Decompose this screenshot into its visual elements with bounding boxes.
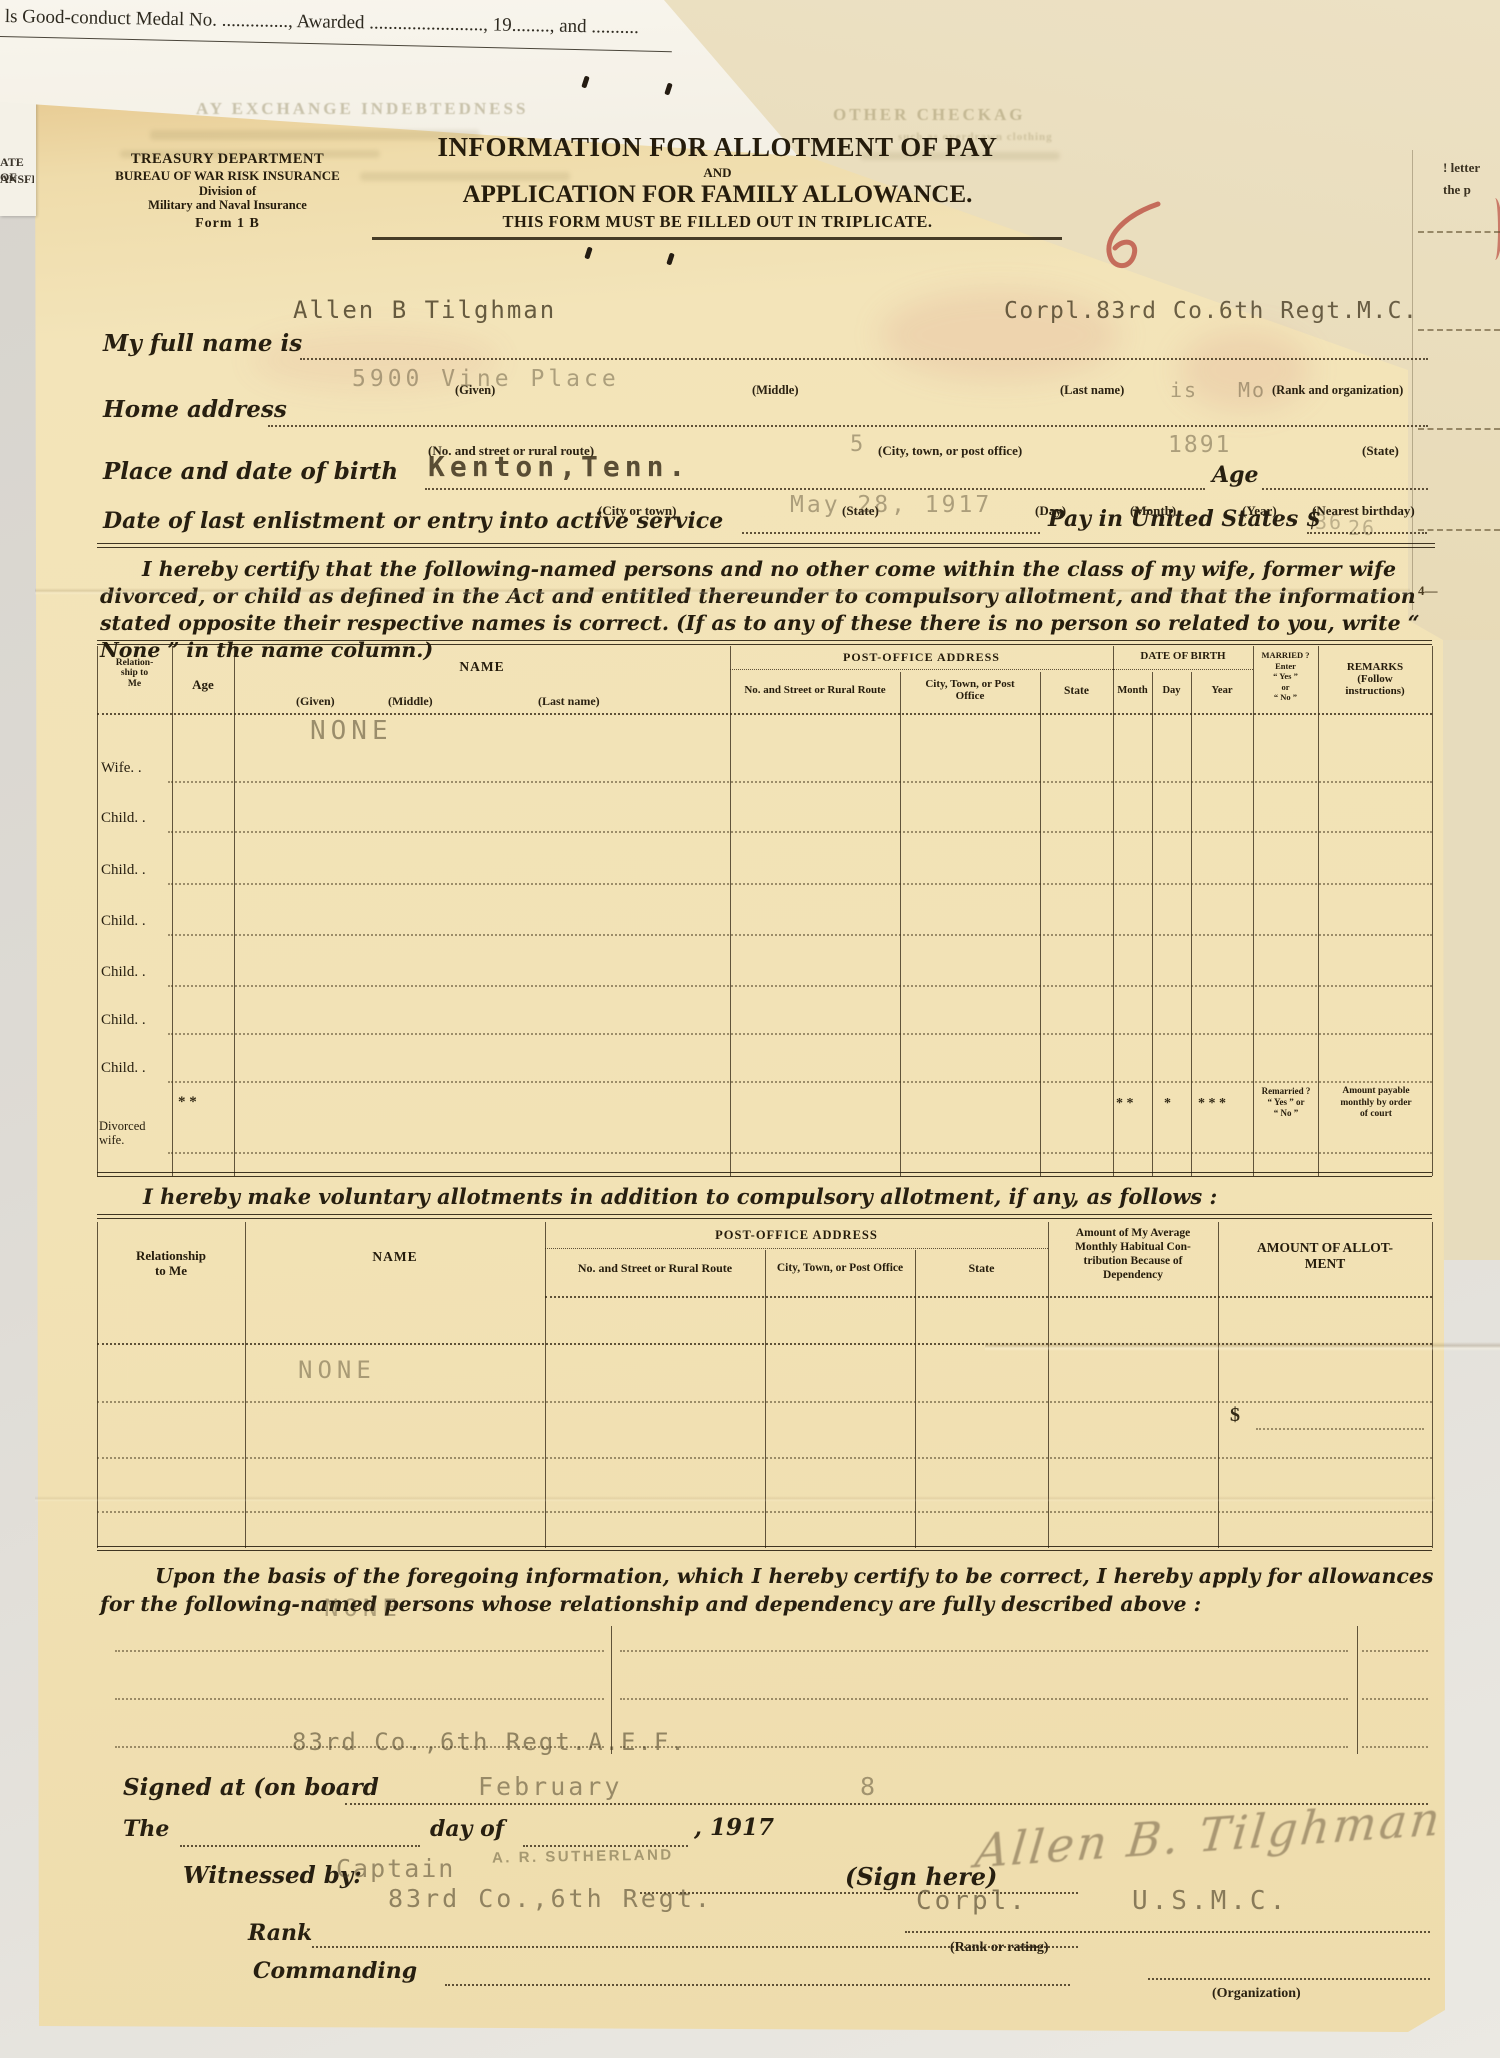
table1-col-state: State [1042,685,1111,697]
form-title-2: APPLICATION FOR FAMILY ALLOWANCE. [370,181,1065,208]
table2-row-line [97,1457,1432,1459]
table2-col-amount: AMOUNT OF ALLOT- MENT [1220,1240,1430,1272]
birth-label: Place and date of birth [103,458,398,485]
bleed-ghost-left: AY EXCHANGE INDEBTEDNESS [196,99,528,119]
apply-name-line [620,1746,1348,1748]
typed-full-name: Allen B Tilghman [293,296,556,324]
ghost-day-8: 8 [860,1772,877,1801]
table2-dollar-line [1256,1428,1424,1430]
table2-col-name: NAME [247,1250,543,1265]
year-1917-label: , 1917 [694,1814,774,1841]
ghost-birthdate: May 28, 1917 [790,492,992,518]
agency-line-3: Division of [105,185,350,199]
red-edge-stroke [1488,198,1500,260]
full-name-label: My full name is [103,330,302,357]
right-edge-dash [1418,428,1500,430]
ghost-age: 26 [1348,516,1376,540]
form-subtitle: THIS FORM MUST BE FILLED OUT IN TRIPLICA… [370,213,1065,231]
table1-amount-payable-header: Amount payable monthly by order of court [1322,1086,1430,1121]
table2-col-relationship: Relationship to Me [99,1248,243,1278]
caption-given: (Given) [455,383,495,398]
table1-row-label: Child. . [101,1012,146,1029]
enlistment-label: Date of last enlistment or entry into ac… [103,508,723,534]
table1-col-po-address: POST-OFFICE ADDRESS [730,651,1113,664]
rank-label: Rank [248,1920,312,1946]
birth-line [425,488,1205,490]
commanding-label: Commanding [253,1958,417,1984]
right-edge-dash [1418,329,1500,331]
agency-line-5: Form 1 B [105,216,350,231]
table1-asterisks-day: * [1164,1096,1171,1112]
caption-middle: (Middle) [752,383,799,398]
ghost-february: February [478,1772,622,1801]
table1-col-relationship: Relation- ship to Me [99,658,170,689]
right-edge-dash [1418,231,1500,233]
apply-name-line [115,1698,604,1700]
apply-name-line [1362,1746,1428,1748]
table1-row-line [168,883,1432,885]
age-label: Age [1212,462,1258,488]
table2-row-line [97,1401,1432,1403]
ghost-pay: 36 [1315,510,1343,534]
table1-row-line [168,985,1432,987]
fold-crease [985,1342,1500,1351]
table1-divider [1152,672,1153,1176]
right-edge-rule [1412,150,1413,610]
table2-col-street: No. and Street or Rural Route [548,1262,762,1275]
table1-col-day: Day [1152,685,1191,696]
table1-row-line [168,1081,1432,1083]
table1-col-month: Month [1113,685,1152,696]
caption-last-name: (Last name) [1060,383,1124,398]
table1-caption-middle: (Middle) [388,694,433,709]
table2-col-po-address: POST-OFFICE ADDRESS [545,1229,1048,1243]
table2-dollar-sign: $ [1230,1404,1240,1427]
table1-divider [1113,646,1114,1176]
home-address-line [268,425,1428,427]
table1-divider [900,672,901,1176]
table1-row-line [168,781,1432,783]
apply-name-line [1362,1698,1428,1700]
ghost-unit-aef: 83rd Co.,6th Regt.A.E.F. [292,1728,687,1756]
ghost-year-1891: 1891 [1168,432,1231,458]
bleed-ghost-right: OTHER CHECKAG [833,105,1026,125]
table1-divider [1191,672,1192,1176]
ghost-mo: Mo [1238,378,1266,402]
signed-at-label: Signed at (on board [123,1774,379,1801]
form-title-and: AND [370,166,1065,180]
fold-crease [35,1496,1435,1502]
typed-birthplace: Kenton,Tenn. [428,450,690,483]
table1-row-label: Child. . [101,1060,146,1077]
table1-row-label: Wife. . [101,760,142,777]
witness-stamp: A. R. SUTHERLAND [492,1846,674,1866]
right-edge-fragment-1: ! letter [1443,160,1480,176]
ghost-signer-org: U.S.M.C. [1132,1886,1289,1916]
table1-row-label: Child. . [101,964,146,981]
caption-city-town: (City, town, or post office) [878,443,1022,459]
table1-asterisks-age: * * [178,1094,197,1111]
table2-po-underline [545,1248,1048,1249]
table2-col-contribution: Amount of My Average Monthly Habitual Co… [1050,1226,1216,1282]
pay-label: Pay in United States $ [1048,506,1321,532]
table1-col-age: Age [174,678,232,692]
caption-organization: (Organization) [1212,1986,1301,2002]
voluntary-heading: I hereby make voluntary allotments in ad… [143,1184,1217,1209]
table1-asterisks-year: * * * [1198,1096,1226,1112]
table1-border-left [97,646,98,1176]
ghost-witness-unit: 83rd Co.,6th Regt. [388,1884,713,1913]
table1-row-line [168,1152,1432,1154]
agency-line-1: TREASURY DEPARTMENT [105,152,350,168]
commanding-line [445,1984,1070,1986]
table2-entry-none: NONE [298,1356,376,1384]
ghost-is: is [1170,378,1198,402]
right-edge-fragment-2: the p [1443,182,1471,198]
table1-col-city: City, Town, or Post Office [902,679,1038,703]
table1-row-label: Child. . [101,810,146,827]
apply-name-line [620,1650,1348,1652]
certification-text: I hereby certify that the following-name… [100,556,1438,664]
full-name-line [300,358,1428,360]
table1-divorced-label: Divorced wife. [99,1120,169,1147]
ghost-signer-rank: Corpl. [916,1886,1028,1916]
caption-rank-org: (Rank and organization) [1272,383,1403,398]
table1-divider [172,646,173,1176]
agency-line-2: BUREAU OF WAR RISK INSURANCE [97,169,358,183]
ghost-captain: Captain [336,1854,455,1883]
table1-divider [234,646,235,1176]
right-edge-dash [1418,529,1500,531]
table2-bottom-rule [97,1546,1432,1551]
table2-header-rule-right [545,1296,1432,1298]
signature-line [905,1931,1430,1933]
section-rule [97,543,1435,548]
voluntary-rule [97,1214,1432,1219]
table1-top-rule [97,640,1432,645]
table1-po-underline [730,669,1113,670]
red-handwriting-stroke [1088,196,1163,291]
application-text: Upon the basis of the foregoing informat… [100,1562,1438,1618]
table1-bottom-rule [97,1172,1432,1177]
table1-row-line [168,831,1432,833]
apply-name-line [620,1698,1348,1700]
typed-rank-org: Corpl.83rd Co.6th Regt.M.C. [1004,298,1418,324]
table1-col-dob: DATE OF BIRTH [1113,651,1253,663]
organization-line [1148,1978,1430,1980]
table1-col-street: No. and Street or Rural Route [732,685,898,697]
table1-col-married: MARRIED ? Enter “ Yes ” or “ No ” [1255,650,1316,703]
table1-row-label: Child. . [101,913,146,930]
ghost-city-number: 5 [850,432,865,457]
table1-border-right [1432,646,1433,1176]
caption-state-1: (State) [1362,443,1399,459]
table1-caption-given: (Given) [296,694,335,709]
form-title-1: INFORMATION FOR ALLOTMENT OF PAY [370,133,1065,162]
table2-col-state: State [917,1262,1046,1275]
witnessed-by-label: Witnessed by: [183,1862,362,1889]
fold-crease [35,588,1410,595]
apply-name-line [1362,1650,1428,1652]
the-label: The [123,1816,169,1842]
caption-rank-or-rating: (Rank or rating) [950,1940,1049,1956]
left-edge-fragment-2: ANSFER [0,172,34,187]
table1-row-line [168,1033,1432,1035]
scanned-document-page: ATE OF ANSFER ls Good-conduct Medal No. … [0,0,1500,2058]
table1-asterisks-month: * * [1116,1096,1134,1112]
table1-row-label: Child. . [101,862,146,879]
table1-dob-underline [1113,669,1253,670]
table1-divider [1040,672,1041,1176]
agency-line-4: Military and Naval Insurance [105,199,350,213]
apply-name-line [115,1650,604,1652]
table1-entry-none: NONE [310,716,393,746]
day-of-label: day of [430,1816,504,1842]
table1-col-remarks: REMARKS (Follow instructions) [1320,662,1430,698]
table2-divider [915,1250,916,1548]
table1-divider [1318,646,1319,1176]
home-address-label: Home address [103,396,287,423]
table1-divider [1253,646,1254,1176]
table1-caption-last: (Last name) [538,694,600,709]
table1-remarried-header: Remarried ? “ Yes ” or “ No ” [1256,1086,1316,1119]
table1-header-rule [97,713,1432,715]
subtitle-underline [372,237,1062,240]
application-ghost-none: NONE [324,1594,402,1622]
table1-divider [730,646,731,1176]
table2-divider [765,1250,766,1548]
table1-row-line [168,934,1432,936]
enlistment-line [742,532,1040,534]
table2-col-city: City, Town, or Post Office [767,1262,913,1274]
background-sheet-left [0,86,36,216]
table2-row-line [97,1511,1432,1513]
table1-col-name: NAME [234,660,730,675]
apply-divider [1357,1626,1358,1754]
the-line [180,1845,420,1847]
age-line [1262,488,1428,490]
table1-col-year: Year [1191,685,1253,696]
